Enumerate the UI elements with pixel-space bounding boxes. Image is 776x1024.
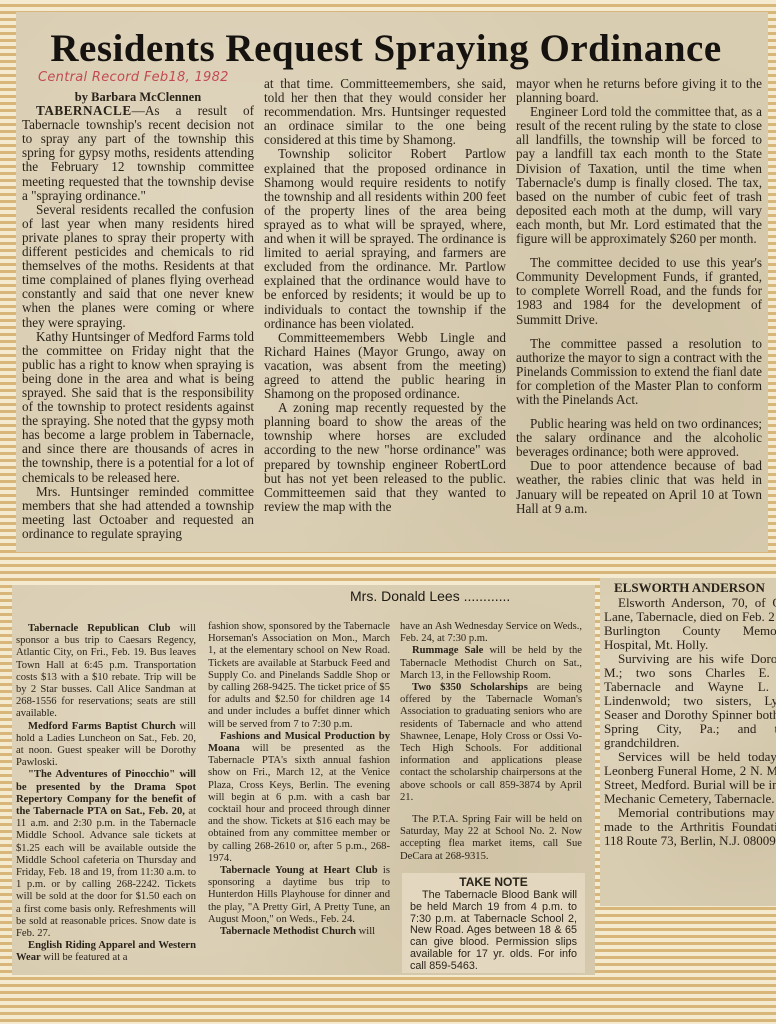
take-note-title: TAKE NOTE bbox=[402, 875, 585, 889]
obituary-paragraph: Memorial contributions may be made to th… bbox=[604, 806, 776, 848]
article-paragraph: at that time. Committeemembers, she said… bbox=[264, 77, 506, 147]
notes-item: Two $350 Scholarships are being offered … bbox=[400, 682, 582, 804]
article-paragraph: Several residents recalled the confusion… bbox=[22, 203, 254, 330]
article-column-2: at that time. Committeemembers, she said… bbox=[264, 77, 506, 514]
article-paragraph: Engineer Lord told the committee that, a… bbox=[516, 105, 762, 246]
notes-column-1: Tabernacle Republican Club will sponsor … bbox=[16, 623, 196, 965]
take-note-box: TAKE NOTE The Tabernacle Blood Bank will… bbox=[402, 873, 585, 973]
article-paragraph: mayor when he returns before giving it t… bbox=[516, 77, 762, 105]
article-paragraph: A zoning map recently requested by the p… bbox=[264, 401, 506, 514]
article-clipping: Residents Request Spraying Ordinance Cen… bbox=[16, 12, 768, 552]
columnist-name: Mrs. Donald Lees ............ bbox=[350, 588, 510, 604]
notes-item: Tabernacle Methodist Church will bbox=[208, 926, 390, 938]
obituary-title: ELSWORTH ANDERSON bbox=[614, 580, 765, 596]
article-paragraph: The committee passed a resolution to aut… bbox=[516, 337, 762, 407]
article-paragraph: Committeemembers Webb Lingle and Richard… bbox=[264, 331, 506, 401]
obituary-paragraph: Surviving are his wife Dorothy M.; two s… bbox=[604, 652, 776, 750]
dateline: TABERNACLE bbox=[36, 103, 132, 118]
notes-item: English Riding Apparel and Western Wear … bbox=[16, 940, 196, 964]
article-column-3: mayor when he returns before giving it t… bbox=[516, 77, 762, 516]
article-column-1: by Barbara McClennen TABERNACLE—As a res… bbox=[22, 90, 254, 541]
notes-column-3: have an Ash Wednesday Service on Weds., … bbox=[400, 621, 582, 863]
notes-item: "The Adventures of Pinocchio" will be pr… bbox=[16, 769, 196, 940]
notes-item: fashion show, sponsored by the Tabernacl… bbox=[208, 621, 390, 731]
article-paragraph: TABERNACLE—As a result of Tabernacle tow… bbox=[22, 104, 254, 203]
headline: Residents Request Spraying Ordinance bbox=[36, 26, 736, 71]
article-paragraph: Mrs. Huntsinger reminded committee membe… bbox=[22, 485, 254, 541]
handwritten-source-note: Central Record Feb18, 1982 bbox=[38, 70, 229, 85]
article-paragraph: Public hearing was held on two ordinance… bbox=[516, 417, 762, 459]
obituary-paragraph: Elsworth Anderson, 70, of Oak Lane, Tabe… bbox=[604, 596, 776, 652]
notes-item: Rummage Sale will be held by the Taberna… bbox=[400, 645, 582, 682]
notes-item: Fashions and Musical Production by Moana… bbox=[208, 731, 390, 865]
take-note-body: The Tabernacle Blood Bank will be held M… bbox=[410, 890, 577, 973]
article-paragraph: Kathy Huntsinger of Medford Farms told t… bbox=[22, 330, 254, 485]
byline: by Barbara McClennen bbox=[22, 90, 254, 104]
notes-item: The P.T.A. Spring Fair will be held on S… bbox=[400, 814, 582, 863]
notes-item: have an Ash Wednesday Service on Weds., … bbox=[400, 621, 582, 645]
obituary-body: Elsworth Anderson, 70, of Oak Lane, Tabe… bbox=[604, 596, 776, 848]
article-paragraph: Township solicitor Robert Partlow explai… bbox=[264, 147, 506, 330]
obituary-paragraph: Services will be held today at Leonberg … bbox=[604, 750, 776, 806]
notes-item: Tabernacle Republican Club will sponsor … bbox=[16, 623, 196, 721]
notes-column-2: fashion show, sponsored by the Tabernacl… bbox=[208, 621, 390, 938]
article-paragraph: Due to poor attendence because of bad we… bbox=[516, 459, 762, 515]
article-paragraph: The committee decided to use this year's… bbox=[516, 256, 762, 326]
obituary-clipping: ELSWORTH ANDERSON Elsworth Anderson, 70,… bbox=[600, 578, 776, 906]
notes-item: Tabernacle Young at Heart Club is sponso… bbox=[208, 865, 390, 926]
notes-item: Medford Farms Baptist Church will hold a… bbox=[16, 721, 196, 770]
